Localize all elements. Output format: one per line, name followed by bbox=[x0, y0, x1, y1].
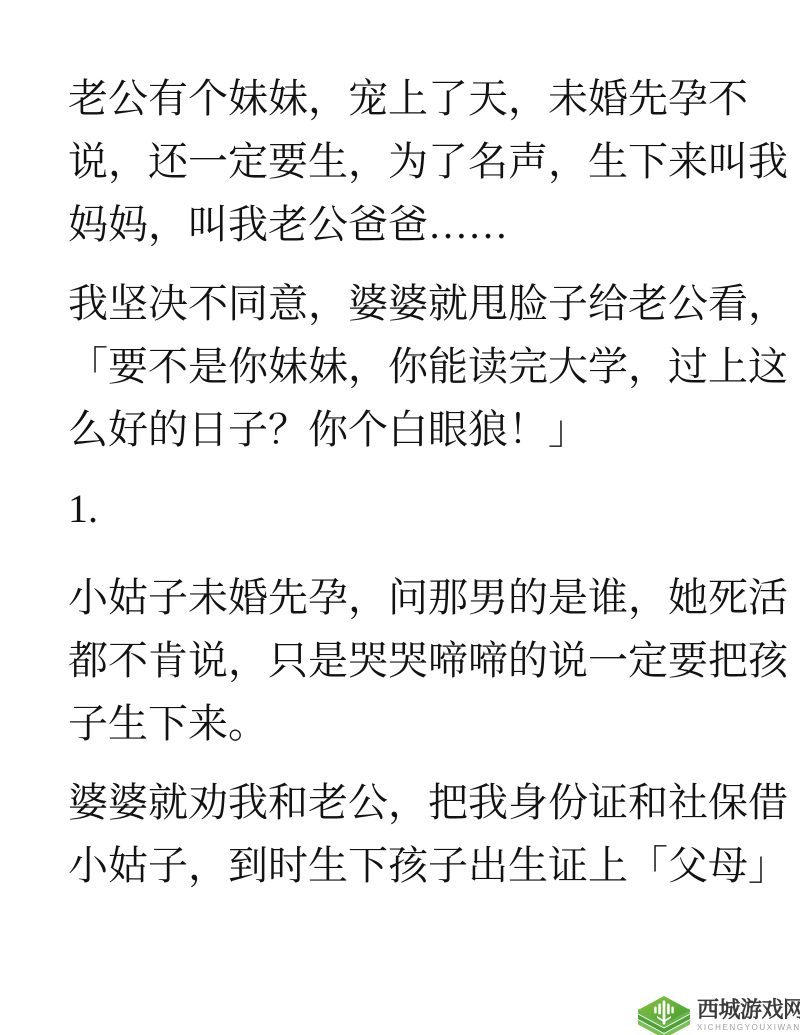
text-line: 「要不是你妹妹，你能读完大学，过上这 bbox=[68, 335, 744, 398]
site-pinyin: XICHENGYOUXIWANG bbox=[697, 1023, 800, 1033]
text-line: 我坚决不同意，婆婆就甩脸子给老公看， bbox=[68, 272, 744, 335]
story-paragraph: 婆婆就劝我和老公，把我身份证和社保借 小姑子，到时生下孩子出生证上「父母」 bbox=[68, 771, 744, 897]
text-line: 婆婆就劝我和老公，把我身份证和社保借 bbox=[68, 771, 744, 834]
text-line: 1. bbox=[68, 477, 744, 540]
text-line: 说，还一定要生，为了名声，生下来叫我 bbox=[68, 130, 744, 193]
watermark-text: 西城游戏网 XICHENGYOUXIWANG bbox=[697, 996, 800, 1033]
section-number: 1. bbox=[68, 477, 744, 540]
text-line: 子生下来。 bbox=[68, 692, 744, 755]
text-line: 么好的日子？你个白眼狼！」 bbox=[68, 398, 744, 461]
story-paragraph: 小姑子未婚先孕，问那男的是谁，她死活 都不肯说，只是哭哭啼啼的说一定要把孩 子生… bbox=[68, 566, 744, 755]
text-line: 小姑子，到时生下孩子出生证上「父母」 bbox=[68, 834, 744, 897]
wheat-sheaf-logo-icon bbox=[638, 996, 690, 1035]
site-watermark: 西城游戏网 XICHENGYOUXIWANG bbox=[638, 996, 800, 1035]
site-name: 西城游戏网 bbox=[697, 998, 800, 1022]
story-paragraph: 老公有个妹妹，宠上了天，未婚先孕不 说，还一定要生，为了名声，生下来叫我 妈妈，… bbox=[68, 67, 744, 256]
story-paragraph: 我坚决不同意，婆婆就甩脸子给老公看， 「要不是你妹妹，你能读完大学，过上这 么好… bbox=[68, 272, 744, 461]
text-line: 小姑子未婚先孕，问那男的是谁，她死活 bbox=[68, 566, 744, 629]
story-content: 老公有个妹妹，宠上了天，未婚先孕不 说，还一定要生，为了名声，生下来叫我 妈妈，… bbox=[68, 67, 744, 913]
text-line: 都不肯说，只是哭哭啼啼的说一定要把孩 bbox=[68, 629, 744, 692]
article-page: 老公有个妹妹，宠上了天，未婚先孕不 说，还一定要生，为了名声，生下来叫我 妈妈，… bbox=[0, 0, 800, 1035]
text-line: 妈妈，叫我老公爸爸…… bbox=[68, 193, 744, 256]
text-line: 老公有个妹妹，宠上了天，未婚先孕不 bbox=[68, 67, 744, 130]
